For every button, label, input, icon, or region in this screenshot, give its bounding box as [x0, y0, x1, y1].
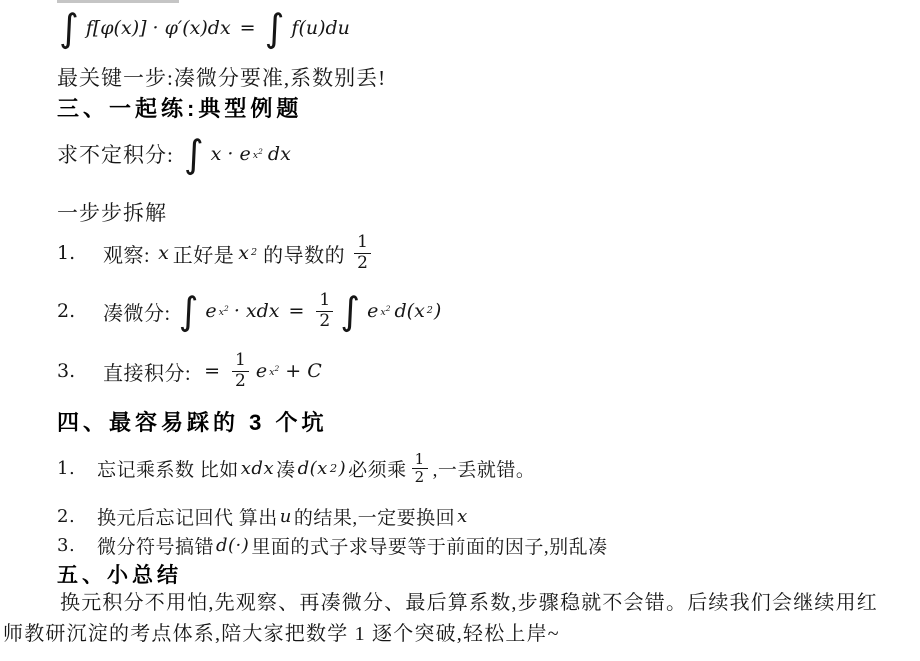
- problem-formula: x · e: [211, 143, 251, 165]
- math-u: u: [280, 506, 292, 527]
- substitution-formula: ∫ f[φ(x)] · φ′(x)dx = ∫ f(u)du: [57, 4, 352, 52]
- math-plus-c: + C: [285, 360, 322, 382]
- list-number: 3.: [57, 535, 97, 556]
- list-number: 1.: [57, 242, 103, 264]
- integral-sign: ∫: [265, 9, 285, 47]
- fraction-one-half: 12: [354, 233, 371, 272]
- equals-sign: =: [240, 17, 256, 39]
- math-e: e: [205, 300, 216, 322]
- math-d-x-squared: d(x: [298, 458, 328, 479]
- list-item-pitfall-1: 1. 忘记乘系数 比如 xdx 凑 d(x2) 必须乘 12 ,一丢就错。: [57, 444, 535, 492]
- fraction-one-half: 12: [316, 291, 333, 330]
- math-paren: ): [339, 458, 347, 479]
- heading-section-four: 四、最容易踩的 3 个坑: [57, 406, 327, 437]
- math-e: e: [367, 300, 378, 322]
- exponent: x2: [253, 152, 263, 156]
- document-page: ∫ f[φ(x)] · φ′(x)dx = ∫ f(u)du 最关键一步:凑微分…: [0, 0, 920, 661]
- pitfall-text: 的结果,一定要换回: [294, 503, 455, 530]
- heading-section-five: 五、小总结: [57, 559, 182, 589]
- key-step-line: 最关键一步:凑微分要准,系数别丢!: [57, 62, 386, 92]
- list-item-step-2: 2. 凑微分: ∫ ex2 · xdx = 12 ∫ ex2 d(x2): [57, 286, 443, 336]
- list-number: 3.: [57, 360, 103, 382]
- problem-label: 求不定积分:: [57, 139, 174, 169]
- math-x: x: [457, 506, 468, 527]
- exponent: x2: [380, 309, 390, 313]
- list-item-step-1: 1. 观察: x 正好是 x2 的导数的 12: [57, 230, 376, 276]
- integral-sign: ∫: [59, 9, 79, 47]
- step-text: 的导数的: [263, 239, 345, 268]
- exponent-power: 2: [274, 364, 279, 373]
- math-paren: ): [434, 300, 441, 322]
- exponent-power: 2: [224, 304, 229, 313]
- pitfall-text: 忘记乘系数 比如: [97, 455, 239, 482]
- step-label: 直接积分:: [103, 357, 191, 386]
- math-x-squared: x: [238, 242, 249, 264]
- integral-sign: ∫: [179, 292, 199, 330]
- problem-statement: 求不定积分: ∫ x · ex2 dx: [57, 129, 293, 179]
- fraction-numerator: 1: [232, 351, 249, 371]
- math-d-x-squared: d(x: [395, 300, 425, 322]
- breakdown-text: 一步步拆解: [57, 197, 167, 227]
- fraction-denominator: 2: [354, 254, 371, 273]
- pitfall-text: 换元后忘记回代 算出: [97, 503, 278, 530]
- breakdown-line: 一步步拆解: [57, 197, 167, 227]
- list-item-pitfall-2: 2. 换元后忘记回代 算出 u 的结果,一定要换回 x: [57, 503, 470, 529]
- pitfall-text: ,一丢就错。: [433, 455, 536, 482]
- key-step-text: 最关键一步:凑微分要准,系数别丢!: [57, 62, 386, 92]
- list-item-step-3: 3. 直接积分: = 12 ex2 + C: [57, 348, 324, 394]
- exponent: x2: [219, 309, 229, 313]
- exponent-power: 2: [386, 304, 391, 313]
- integral-sign: ∫: [184, 135, 204, 173]
- list-number: 1.: [57, 458, 97, 479]
- pitfall-text: 微分符号搞错: [97, 532, 214, 559]
- equals-sign: =: [204, 360, 220, 382]
- math-xdx: xdx: [241, 458, 274, 479]
- math-xdx: · xdx: [234, 300, 280, 322]
- equals-sign: =: [289, 300, 305, 322]
- math-e: e: [256, 360, 267, 382]
- math-x: x: [158, 242, 169, 264]
- pitfall-text: 必须乘: [348, 455, 407, 482]
- step-text: 正好是: [173, 239, 235, 268]
- math-d-dot: d(·): [216, 535, 249, 556]
- formula-lhs: f[φ(x)] · φ′(x)dx: [86, 17, 231, 39]
- list-number: 2.: [57, 300, 103, 322]
- integral-sign: ∫: [340, 292, 360, 330]
- heading-section-three: 三、一起练:典型例题: [57, 92, 302, 123]
- pitfall-text: 里面的式子求导要等于前面的因子,别乱凑: [251, 532, 607, 559]
- fraction-one-half: 12: [412, 451, 428, 486]
- cropped-fragment-bar: [57, 0, 179, 3]
- fraction-denominator: 2: [412, 469, 428, 486]
- formula-rhs: f(u)du: [291, 17, 350, 39]
- fraction-numerator: 1: [316, 291, 333, 311]
- step-label: 观察:: [103, 239, 150, 268]
- list-number: 2.: [57, 506, 97, 527]
- problem-dx: dx: [268, 143, 291, 165]
- fraction-numerator: 1: [412, 451, 428, 469]
- fraction-one-half: 12: [232, 351, 249, 390]
- exponent-power: 2: [258, 147, 263, 156]
- fraction-denominator: 2: [232, 372, 249, 391]
- list-item-pitfall-3: 3. 微分符号搞错 d(·) 里面的式子求导要等于前面的因子,别乱凑: [57, 532, 608, 558]
- exponent: x2: [269, 369, 279, 373]
- fraction-denominator: 2: [316, 312, 333, 331]
- summary-paragraph: 换元积分不用怕,先观察、再凑微分、最后算系数,步骤稳就不会错。后续我们会继续用红…: [3, 588, 889, 650]
- fraction-numerator: 1: [354, 233, 371, 253]
- step-label: 凑微分:: [103, 297, 171, 326]
- pitfall-text: 凑: [276, 455, 296, 482]
